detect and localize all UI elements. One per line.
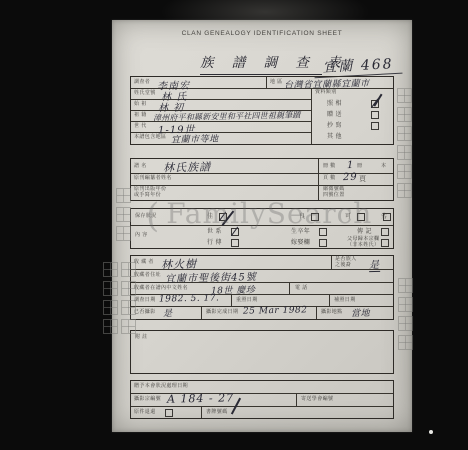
content-label: 內 容	[135, 233, 148, 239]
clan-member-value: 是	[369, 256, 380, 272]
content-dates: 生卒年	[291, 229, 310, 236]
plate-number-label: 書牌號碼	[206, 410, 228, 416]
survey-date-label: 調查日期	[134, 298, 156, 304]
content-parents-line2: （非本姓氏）	[347, 243, 379, 249]
grid-line	[201, 306, 202, 319]
handwritten-archive-number: 宜蘭 468	[314, 53, 403, 79]
archive-seal-stamp	[116, 188, 131, 241]
clan-member-label-line2: 之後裔	[335, 263, 351, 269]
grid-line	[266, 77, 267, 88]
english-sheet-title: CLAN GENEALOGY IDENTIFICATION SHEET	[112, 30, 412, 37]
generations-label: 世 代	[134, 124, 147, 130]
society-number-label: 寄送學會編號	[301, 397, 333, 403]
page-count-label: 頁 數	[323, 176, 336, 182]
film-number-label: 攝影宗編號	[134, 397, 161, 403]
addphoto-date-label: 補照日期	[334, 298, 356, 304]
grid-line	[316, 306, 317, 319]
survey-date-value: 1982. 5. 17.	[159, 293, 220, 304]
grid-line	[131, 225, 393, 226]
seal-glyph	[398, 335, 413, 350]
numbering-table: 贈予本會狀況處理日期 攝影宗編號 A 184 - 27 寄送學會編號 原件退還 …	[130, 380, 394, 419]
content-dates-checkbox	[319, 228, 327, 236]
material-option-photo: 照 相	[327, 101, 342, 108]
return-original-checkbox	[165, 409, 173, 417]
covered-area-value: 宜蘭市等地	[171, 132, 219, 146]
seal-glyph	[116, 207, 131, 222]
condition-content-table: 保存狀況 佳 良 可 劣 內 容 世 系 生卒年 傳 記 行 傳 嫁娶欄 父母歸…	[130, 208, 394, 249]
archive-seal-stamp	[397, 88, 412, 198]
grid-line	[318, 159, 319, 200]
return-original-label: 原件退還	[134, 410, 156, 416]
holder-label: 收 藏 者	[134, 260, 154, 266]
scanned-genealogy-sheet: { "colors": { "background": "#0b0b0b", "…	[0, 0, 468, 450]
volume-unit: 冊	[357, 164, 362, 170]
volume-count-value: 1	[347, 160, 355, 171]
grid-line	[311, 88, 312, 144]
material-checkbox-gift	[371, 111, 379, 119]
film-done-label: 攝影完成日期	[206, 310, 238, 316]
holder-address-label: 收藏者住址	[134, 273, 161, 279]
film-done-value: 25 Mar 1982	[243, 305, 308, 316]
seal-glyph	[397, 126, 412, 141]
book-title-value: 林氏族譜	[163, 158, 211, 175]
seal-glyph	[103, 300, 118, 315]
first-ancestor-label: 始 祖	[134, 102, 147, 108]
filmed-label: 已否攝影	[134, 310, 156, 316]
condition-fair-checkbox	[311, 213, 319, 221]
book-title-label: 譜 名	[134, 164, 147, 170]
seal-glyph	[116, 188, 131, 203]
covered-area-label: 本譜包含地區	[134, 135, 166, 141]
film-number-value: A 184 - 27	[167, 391, 234, 405]
seal-glyph	[116, 226, 131, 241]
page-unit: 頁	[359, 176, 366, 184]
volume-info-table: 譜 名 林氏族譜 冊 數 1 冊 本 原刊編纂者姓名 頁 數 29 頁 原刊出版…	[130, 158, 394, 201]
film-place-label: 攝影地點	[321, 310, 343, 316]
content-marriage-checkbox	[319, 239, 327, 247]
ancestral-home-label: 祖 籍	[134, 113, 147, 119]
page-count-value: 29	[343, 172, 358, 183]
seal-glyph	[397, 164, 412, 179]
seal-glyph	[103, 262, 118, 277]
content-biography-checkbox	[381, 228, 389, 236]
region-label: 地 區	[270, 80, 283, 86]
content-biography: 傳 記	[357, 229, 372, 236]
paper-sheet: CLAN GENEALOGY IDENTIFICATION SHEET 族 譜 …	[112, 20, 412, 432]
holder-table: 收 藏 者 林火樹 是否族人 之後裔 是 收藏者住址 宜蘭市聖後街45號 收藏者…	[130, 255, 394, 320]
donation-status-label: 贈予本會狀況處理日期	[134, 384, 188, 390]
grid-line	[131, 406, 393, 407]
content-records-checkbox	[231, 239, 239, 247]
holder-name-in-book-label: 收藏者在譜內中文姓名	[134, 286, 188, 292]
scan-artifact-dot	[429, 430, 433, 434]
content-lineage: 世 系	[207, 229, 222, 236]
seal-glyph	[398, 316, 413, 331]
volume-unit2: 本	[381, 164, 386, 170]
seal-glyph	[397, 107, 412, 122]
material-option-other: 其 他	[327, 134, 342, 141]
surveyor-label: 調查者	[134, 80, 150, 86]
publish-year-label-line2: 或手寫年份	[134, 193, 161, 199]
volume-count-label: 冊 數	[323, 164, 336, 170]
content-parents-checkbox	[381, 239, 389, 247]
grid-line	[296, 393, 297, 406]
remarks-label: 附 註	[135, 335, 148, 341]
seal-glyph	[103, 281, 118, 296]
seal-glyph	[397, 88, 412, 103]
grid-line	[329, 294, 330, 306]
microfilm-label-line2: 四號位置	[323, 193, 345, 199]
film-place-value: 當地	[351, 306, 370, 319]
condition-ok: 可	[345, 214, 351, 221]
seal-glyph	[398, 297, 413, 312]
material-option-copy: 抄 寫	[327, 123, 342, 130]
seal-glyph	[397, 145, 412, 160]
condition-fair: 良	[299, 214, 305, 221]
grid-line	[289, 282, 290, 294]
seal-glyph	[398, 278, 413, 293]
filmed-value: 是	[163, 306, 173, 319]
material-category-title: 資料類別	[315, 90, 337, 96]
material-checkbox-copy	[371, 122, 379, 130]
material-option-gift: 贈 送	[327, 112, 342, 119]
rephoto-date-label: 重照日期	[236, 298, 258, 304]
seal-glyph	[397, 183, 412, 198]
content-lineage-checkbox	[231, 228, 239, 236]
phone-label: 電 話	[295, 286, 308, 292]
original-compiler-label: 原刊編纂者姓名	[134, 176, 172, 182]
content-records: 行 傳	[207, 240, 222, 247]
grid-line	[331, 256, 332, 269]
archive-seal-stamp	[398, 278, 413, 350]
page-title: 族 譜 調 查 表	[200, 51, 322, 75]
surname-hall-label: 姓氏堂號	[134, 91, 156, 97]
grid-line	[201, 406, 202, 418]
condition-ok-checkbox	[357, 213, 365, 221]
content-marriage: 嫁娶欄	[291, 240, 310, 247]
grid-line	[131, 185, 393, 186]
identification-table: 調查者 李南宏 地 區 台灣省宜蘭縣宜蘭市 姓氏堂號 林 氏 始 祖 林 初 祖…	[130, 76, 394, 145]
condition-label: 保存狀況	[135, 214, 157, 220]
condition-good: 佳	[207, 214, 213, 221]
remarks-box: 附 註	[130, 330, 394, 374]
condition-poor-checkbox	[383, 213, 391, 221]
seal-glyph	[103, 319, 118, 334]
